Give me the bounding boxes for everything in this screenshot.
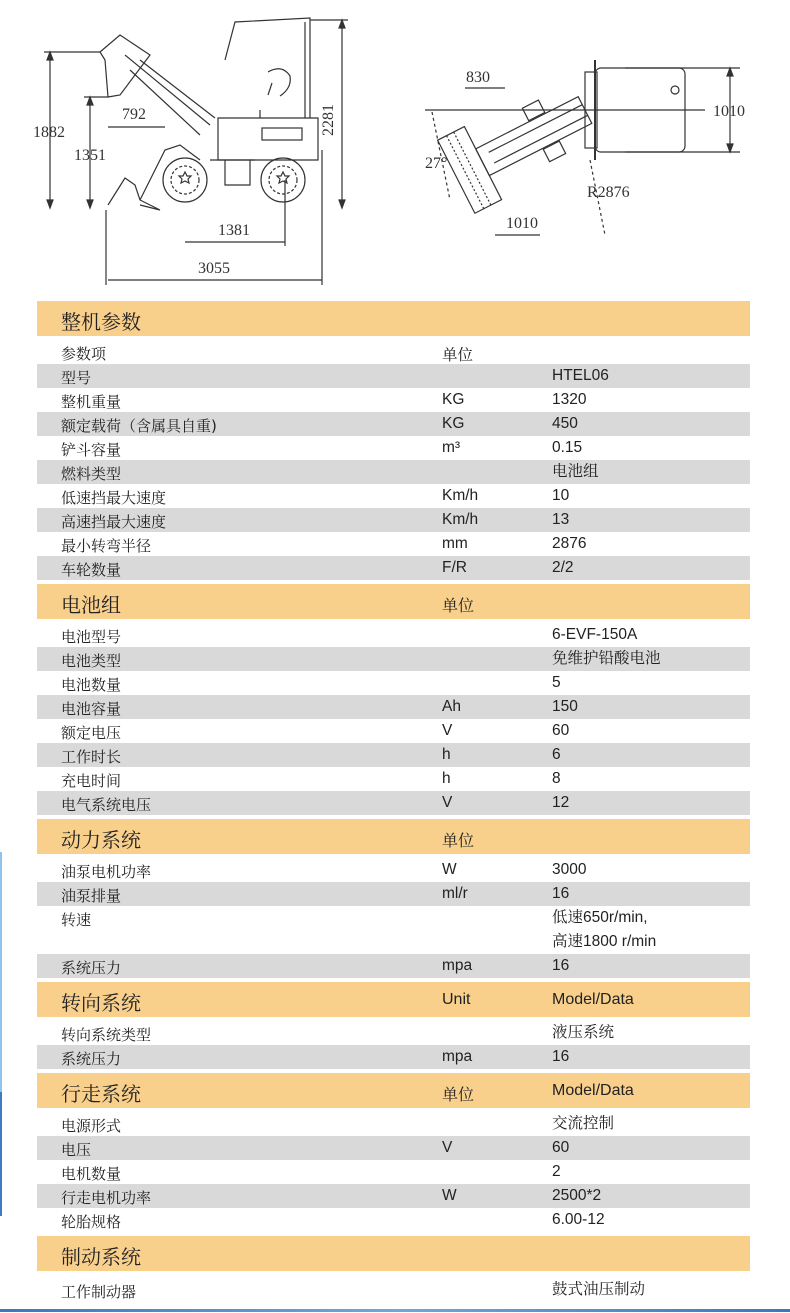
param-name: 电气系统电压 <box>61 794 151 815</box>
dim-r2876: R2876 <box>587 184 630 201</box>
param-value: 6.00-12 <box>552 1208 605 1232</box>
param-unit: W <box>442 861 457 879</box>
param-value: 60 <box>552 1136 569 1160</box>
param-value: 12 <box>552 791 569 815</box>
param-value: 2500*2 <box>552 1184 601 1208</box>
param-name: 最小转弯半径 <box>61 535 151 556</box>
param-value: 13 <box>552 508 569 532</box>
param-unit: ml/r <box>442 885 468 903</box>
section-unit-header: 单位 <box>442 1082 474 1105</box>
param-unit: h <box>442 746 451 764</box>
table-row: 电池型号 6-EVF-150A <box>37 623 750 647</box>
param-name: 转速 <box>61 909 91 930</box>
param-name: 电池数量 <box>61 674 121 695</box>
section-header-steering-system: 转向系统 Unit Model/Data <box>37 982 750 1017</box>
table-row: 系统压力 mpa 16 <box>37 954 750 978</box>
table-row: 低速挡最大速度 Km/h 10 <box>37 484 750 508</box>
param-value: 1320 <box>552 388 586 412</box>
param-name: 油泵排量 <box>61 885 121 906</box>
param-name: 轮胎规格 <box>61 1211 121 1232</box>
param-name: 油泵电机功率 <box>61 861 151 882</box>
section-title: 动力系统 <box>61 824 141 853</box>
param-name: 电池容量 <box>61 698 121 719</box>
left-accent-line-dark <box>0 1092 2 1216</box>
section-header-brake-system: 制动系统 <box>37 1236 750 1271</box>
param-value: 鼓式油压制动 <box>552 1278 645 1302</box>
table-row: 油泵电机功率 W 3000 <box>37 858 750 882</box>
param-name: 铲斗容量 <box>61 439 121 460</box>
table-row: 额定电压 V 60 <box>37 719 750 743</box>
param-name: 额定载荷（含属具自重) <box>61 415 217 436</box>
table-row: 轮胎规格 6.00-12 <box>37 1208 750 1232</box>
param-value: 2 <box>552 1160 561 1184</box>
section-title: 整机参数 <box>61 306 141 335</box>
dim-1010-width: 1010 <box>713 103 745 120</box>
param-name: 车轮数量 <box>61 559 121 580</box>
side-view-drawing: 1882 1351 792 2281 1381 3055 <box>0 0 790 298</box>
dim-1351: 1351 <box>74 147 106 164</box>
table-row: 工作制动器 鼓式油压制动 <box>37 1275 750 1305</box>
param-name: 系统压力 <box>61 1048 121 1069</box>
section-title: 转向系统 <box>61 987 141 1016</box>
param-name: 行走电机功率 <box>61 1187 151 1208</box>
param-value: 6-EVF-150A <box>552 623 637 647</box>
param-name: 工作时长 <box>61 746 121 767</box>
param-value: 10 <box>552 484 569 508</box>
table-row: 行走电机功率 W 2500*2 <box>37 1184 750 1208</box>
param-unit: Ah <box>442 698 461 716</box>
table-row: 型号 HTEL06 <box>37 364 750 388</box>
param-unit: mpa <box>442 957 472 975</box>
param-unit: KG <box>442 391 464 409</box>
param-unit: h <box>442 770 451 788</box>
table-row: 参数项 单位 <box>37 340 750 364</box>
table-row: 转速 低速650r/min, 高速1800 r/min <box>37 906 750 954</box>
param-value: 2/2 <box>552 556 574 580</box>
dim-1381: 1381 <box>218 222 250 239</box>
table-row: 燃料类型 电池组 <box>37 460 750 484</box>
param-name: 型号 <box>61 367 91 388</box>
table-row: 电气系统电压 V 12 <box>37 791 750 815</box>
param-name: 工作制动器 <box>61 1281 136 1302</box>
param-unit: V <box>442 722 452 740</box>
param-value: 低速650r/min, 高速1800 r/min <box>552 906 656 954</box>
param-value: 电池组 <box>552 460 599 484</box>
dim-1882: 1882 <box>33 124 65 141</box>
param-unit: KG <box>442 415 464 433</box>
top-view-drawing <box>425 60 740 235</box>
table-row: 转向系统类型 液压系统 <box>37 1021 750 1045</box>
section-header-power-system: 动力系统 单位 <box>37 819 750 854</box>
param-value: 免维护铅酸电池 <box>552 647 661 671</box>
bottom-accent-line <box>0 1309 790 1312</box>
dim-3055: 3055 <box>198 260 230 277</box>
param-value-line-2: 高速1800 r/min <box>552 933 656 950</box>
param-value: 150 <box>552 695 578 719</box>
table-row: 电池容量 Ah 150 <box>37 695 750 719</box>
section-unit-header: Unit <box>442 991 470 1009</box>
param-name: 参数项 <box>61 343 106 364</box>
param-value-line-1: 低速650r/min, <box>552 909 648 926</box>
table-row: 电池类型 免维护铅酸电池 <box>37 647 750 671</box>
section-value-header: Model/Data <box>552 1082 634 1100</box>
param-unit: 单位 <box>442 343 473 365</box>
section-header-travel-system: 行走系统 单位 Model/Data <box>37 1073 750 1108</box>
param-unit: Km/h <box>442 487 478 505</box>
param-unit: m³ <box>442 439 460 457</box>
section-unit-header: 单位 <box>442 828 474 851</box>
section-title: 电池组 <box>61 589 121 618</box>
param-value: 16 <box>552 882 569 906</box>
dimension-drawings: 1882 1351 792 2281 1381 3055 <box>0 0 790 298</box>
section-unit-header: 单位 <box>442 593 474 616</box>
param-name: 电源形式 <box>61 1115 121 1136</box>
param-unit: V <box>442 1139 452 1157</box>
param-value: 16 <box>552 1045 569 1069</box>
param-value: 60 <box>552 719 569 743</box>
param-unit: mm <box>442 535 468 553</box>
table-row: 高速挡最大速度 Km/h 13 <box>37 508 750 532</box>
table-row: 额定载荷（含属具自重) KG 450 <box>37 412 750 436</box>
param-name: 整机重量 <box>61 391 121 412</box>
table-row: 电机数量 2 <box>37 1160 750 1184</box>
param-value: 6 <box>552 743 561 767</box>
section-title: 制动系统 <box>61 1241 141 1270</box>
param-name: 额定电压 <box>61 722 121 743</box>
dim-792: 792 <box>122 106 146 123</box>
dim-830: 830 <box>466 69 490 86</box>
section-header-machine-params: 整机参数 <box>37 301 750 336</box>
param-name: 燃料类型 <box>61 463 121 484</box>
param-name: 电池型号 <box>61 626 121 647</box>
param-name: 低速挡最大速度 <box>61 487 166 508</box>
dim-27-degree: 27° <box>425 155 447 172</box>
param-name: 电池类型 <box>61 650 121 671</box>
param-name: 高速挡最大速度 <box>61 511 166 532</box>
param-name: 电机数量 <box>61 1163 121 1184</box>
param-value: 交流控制 <box>552 1112 614 1136</box>
table-row: 油泵排量 ml/r 16 <box>37 882 750 906</box>
param-name: 充电时间 <box>61 770 121 791</box>
table-row: 系统压力 mpa 16 <box>37 1045 750 1069</box>
param-unit: W <box>442 1187 457 1205</box>
param-value: 0.15 <box>552 436 582 460</box>
param-name: 系统压力 <box>61 957 121 978</box>
dim-2281: 2281 <box>320 104 337 136</box>
param-name: 电压 <box>61 1139 91 1160</box>
param-value: 450 <box>552 412 578 436</box>
param-value: 2876 <box>552 532 586 556</box>
param-value: 液压系统 <box>552 1021 614 1045</box>
param-value: HTEL06 <box>552 364 609 388</box>
param-name: 转向系统类型 <box>61 1024 151 1045</box>
table-row: 电源形式 交流控制 <box>37 1112 750 1136</box>
dim-1010-bucket: 1010 <box>506 215 538 232</box>
left-accent-line-light <box>0 852 2 1092</box>
section-title: 行走系统 <box>61 1078 141 1107</box>
table-row: 工作时长 h 6 <box>37 743 750 767</box>
table-row: 电池数量 5 <box>37 671 750 695</box>
table-row: 最小转弯半径 mm 2876 <box>37 532 750 556</box>
param-unit: V <box>442 794 452 812</box>
param-value: 3000 <box>552 858 586 882</box>
param-unit: mpa <box>442 1048 472 1066</box>
table-row: 整机重量 KG 1320 <box>37 388 750 412</box>
param-unit: Km/h <box>442 511 478 529</box>
section-header-battery: 电池组 单位 <box>37 584 750 619</box>
param-unit: F/R <box>442 559 467 577</box>
spec-table: 整机参数 参数项 单位 型号 HTEL06 整机重量 KG 1320 额定载荷（… <box>37 301 750 1305</box>
table-row: 电压 V 60 <box>37 1136 750 1160</box>
table-row: 车轮数量 F/R 2/2 <box>37 556 750 580</box>
param-value: 5 <box>552 671 561 695</box>
section-value-header: Model/Data <box>552 991 634 1009</box>
table-row: 铲斗容量 m³ 0.15 <box>37 436 750 460</box>
param-value: 8 <box>552 767 561 791</box>
param-value: 16 <box>552 954 569 978</box>
table-row: 充电时间 h 8 <box>37 767 750 791</box>
